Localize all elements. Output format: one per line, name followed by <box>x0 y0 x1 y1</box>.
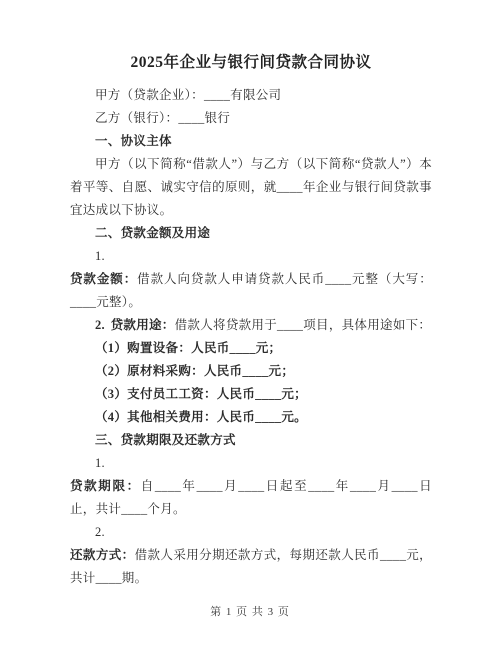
page-footer: 第 1 页 共 3 页 <box>0 603 500 619</box>
purpose-item-equipment: （1）购置设备：人民币____元； <box>70 337 432 360</box>
loan-term-label: 贷款期限： <box>70 479 141 493</box>
loan-amount-label: 贷款金额： <box>70 272 137 286</box>
loan-purpose-label: 贷款用途： <box>111 318 175 332</box>
purpose-item-other: （4）其他相关费用：人民币____元。 <box>70 406 432 429</box>
section-2-item-1-number: 1. <box>70 245 432 268</box>
purpose-item-materials: （2）原材料采购：人民币____元； <box>70 360 432 383</box>
loan-purpose-text: 借款人将贷款用于____项目，具体用途如下： <box>175 318 432 332</box>
repayment-label: 还款方式： <box>70 548 135 562</box>
section-2-item-2-number: 2. <box>95 318 105 332</box>
section-3-heading: 三、贷款期限及还款方式 <box>70 429 432 452</box>
section-2-heading: 二、贷款金额及用途 <box>70 222 432 245</box>
section-1-heading: 一、协议主体 <box>70 130 432 153</box>
loan-term-paragraph: 贷款期限：自____年____月____日起至____年____月____日止，… <box>70 475 432 521</box>
document-page: 2025年企业与银行间贷款合同协议 甲方（贷款企业）：____有限公司 乙方（银… <box>0 0 500 647</box>
loan-purpose-paragraph: 2.贷款用途：借款人将贷款用于____项目，具体用途如下： <box>70 314 432 337</box>
section-3-item-1-number: 1. <box>70 452 432 475</box>
document-title: 2025年企业与银行间贷款合同协议 <box>70 50 432 75</box>
section-3-item-2-number: 2. <box>70 521 432 544</box>
document-content: 2025年企业与银行间贷款合同协议 甲方（贷款企业）：____有限公司 乙方（银… <box>70 50 432 590</box>
loan-amount-paragraph: 贷款金额：借款人向贷款人申请贷款人民币____元整（大写：____元整）。 <box>70 268 432 314</box>
repayment-paragraph: 还款方式：借款人采用分期还款方式，每期还款人民币____元，共计____期。 <box>70 544 432 590</box>
party-a-line: 甲方（贷款企业）：____有限公司 <box>70 84 432 107</box>
section-1-paragraph: 甲方（以下简称“借款人”）与乙方（以下简称“贷款人”）本着平等、自愿、诚实守信的… <box>70 153 432 222</box>
purpose-item-wages: （3）支付员工工资：人民币____元； <box>70 383 432 406</box>
party-b-line: 乙方（银行）：____银行 <box>70 107 432 130</box>
